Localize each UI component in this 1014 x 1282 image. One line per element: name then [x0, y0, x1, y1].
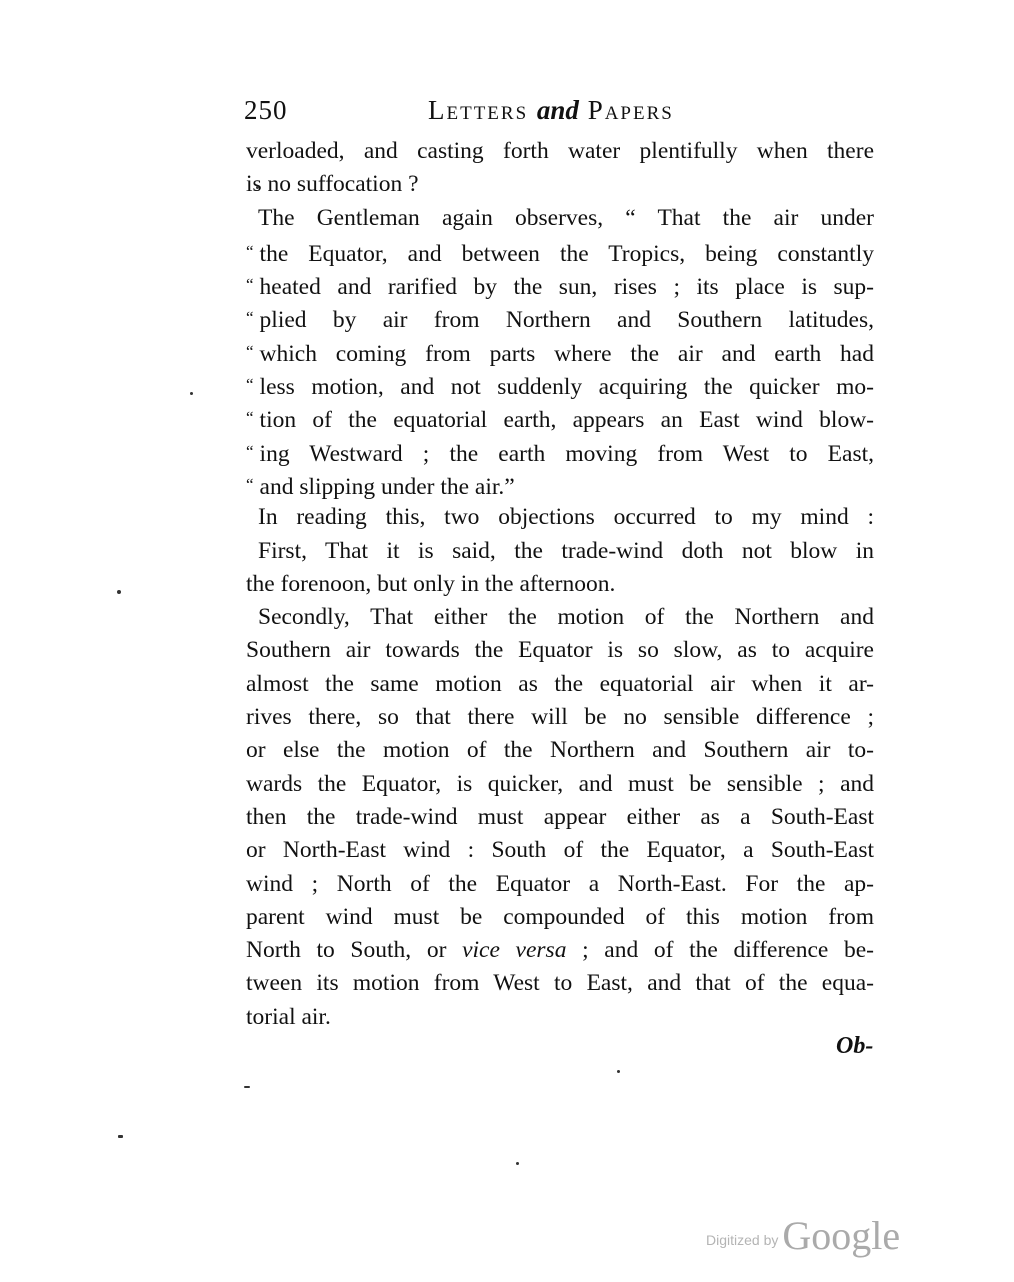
line-text: wind ; North of the Equator a North-East… — [246, 871, 874, 897]
running-title-part2: Papers — [588, 95, 674, 125]
text-line: tween its motion from West to East, and … — [246, 967, 874, 1000]
quote-mark: “ — [246, 308, 254, 327]
scan-speck — [118, 1135, 123, 1138]
book-page: 250 Letters and Papers verloaded, and ca… — [0, 0, 1014, 1282]
text-line: North to South, or vice versa ; and of t… — [246, 934, 874, 967]
line-text: plied by air from Northern and Southern … — [260, 307, 874, 333]
scan-speck — [190, 392, 193, 395]
text-line: Southern air towards the Equator is so s… — [246, 634, 874, 667]
line-text: the forenoon, but only in the afternoon. — [246, 571, 615, 597]
line-text: tion of the equatorial earth, appears an… — [260, 407, 874, 433]
text-line: “the Equator, and between the Tropics, b… — [246, 235, 874, 268]
text-line: “tion of the equatorial earth, appears a… — [246, 401, 874, 434]
line-text: the Equator, and between the Tropics, be… — [260, 241, 874, 267]
text-line: almost the same motion as the equatorial… — [246, 668, 874, 701]
line-text: which coming from parts where the air an… — [260, 341, 874, 367]
text-line: In reading this, two objections occurred… — [246, 501, 874, 534]
running-title-part1: Letters — [428, 95, 528, 125]
line-text: wards the Equator, is quicker, and must … — [246, 771, 874, 797]
text-line: “and slipping under the air.” — [246, 468, 874, 501]
body-text: verloaded, and casting forth water plent… — [246, 135, 874, 1034]
google-logo-text: Google — [782, 1213, 900, 1258]
line-text: ; and of the difference be- — [566, 937, 874, 963]
quote-mark: “ — [246, 442, 254, 461]
line-text: ing Westward ; the earth moving from Wes… — [260, 441, 874, 467]
line-text: tween its motion from West to East, and … — [246, 970, 874, 996]
quote-mark: “ — [246, 275, 254, 294]
running-title: Letters and Papers — [428, 93, 674, 127]
text-line: the forenoon, but only in the afternoon. — [246, 568, 874, 601]
line-text: almost the same motion as the equatorial… — [246, 671, 874, 697]
text-line: verloaded, and casting forth water plent… — [246, 135, 874, 168]
scan-speck — [256, 186, 259, 189]
line-text: North to South, or — [246, 937, 462, 963]
watermark-prefix: Digitized by — [706, 1232, 778, 1248]
scan-speck — [516, 1162, 519, 1165]
text-line: “plied by air from Northern and Southern… — [246, 301, 874, 334]
quote-mark: “ — [246, 408, 254, 427]
italic-phrase: vice versa — [462, 937, 566, 963]
quote-mark: “ — [246, 342, 254, 361]
text-line: torial air. — [246, 1001, 874, 1034]
line-text: First, That it is said, the trade-wind d… — [258, 538, 874, 564]
text-line: “less motion, and not suddenly acquiring… — [246, 368, 874, 401]
text-line: “ing Westward ; the earth moving from We… — [246, 435, 874, 468]
line-text: The Gentleman again observes, “ That the… — [258, 205, 874, 231]
text-line: “heated and rarified by the sun, rises ;… — [246, 268, 874, 301]
text-line: parent wind must be compounded of this m… — [246, 901, 874, 934]
line-text: parent wind must be compounded of this m… — [246, 904, 874, 930]
text-line: Secondly, That either the motion of the … — [246, 601, 874, 634]
text-line: or else the motion of the Northern and S… — [246, 734, 874, 767]
line-text: Secondly, That either the motion of the … — [258, 604, 874, 630]
line-text: and slipping under the air.” — [260, 474, 515, 500]
text-line: The Gentleman again observes, “ That the… — [246, 202, 874, 235]
text-line: then the trade-wind must appear either a… — [246, 801, 874, 834]
text-line: wind ; North of the Equator a North-East… — [246, 868, 874, 901]
scan-speck — [244, 1086, 250, 1088]
catchword: Ob- — [836, 1033, 873, 1060]
line-text: Southern air towards the Equator is so s… — [246, 637, 874, 663]
line-text: then the trade-wind must appear either a… — [246, 804, 874, 830]
quote-mark: “ — [246, 375, 254, 394]
line-text: heated and rarified by the sun, rises ; … — [260, 274, 874, 300]
text-line: wards the Equator, is quicker, and must … — [246, 768, 874, 801]
page-number: 250 — [244, 93, 288, 127]
line-text: verloaded, and casting forth water plent… — [246, 138, 874, 164]
line-text: less motion, and not suddenly acquiring … — [260, 374, 874, 400]
text-line: “which coming from parts where the air a… — [246, 335, 874, 368]
text-line: rives there, so that there will be no se… — [246, 701, 874, 734]
digitized-by-google-watermark: Digitized by Google — [706, 1212, 900, 1259]
scan-speck — [117, 590, 121, 594]
text-line: First, That it is said, the trade-wind d… — [246, 535, 874, 568]
line-text: In reading this, two objections occurred… — [258, 504, 874, 530]
text-line: is no suffocation ? — [246, 168, 874, 201]
line-text: is no suffocation ? — [246, 171, 419, 197]
line-text: or else the motion of the Northern and S… — [246, 737, 874, 763]
line-text: rives there, so that there will be no se… — [246, 704, 874, 730]
text-line: or North-East wind : South of the Equato… — [246, 834, 874, 867]
line-text: or North-East wind : South of the Equato… — [246, 837, 874, 863]
quote-mark: “ — [246, 242, 254, 261]
line-text: torial air. — [246, 1004, 331, 1030]
running-title-and: and — [537, 95, 579, 125]
running-header: 250 Letters and Papers — [244, 93, 874, 127]
scan-speck — [617, 1070, 620, 1073]
quote-mark: “ — [246, 475, 254, 494]
